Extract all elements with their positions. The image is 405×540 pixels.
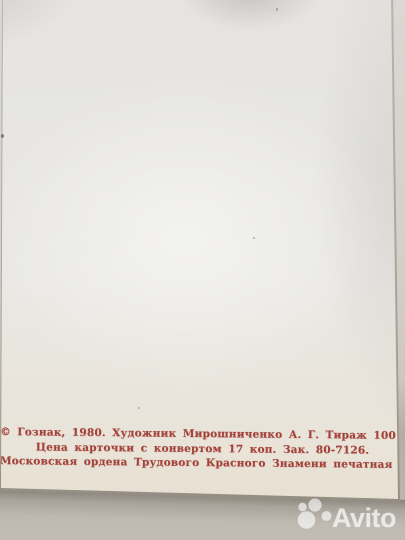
avito-logo-icon bbox=[292, 494, 332, 530]
publisher-imprint: © Гознак, 1980. Художник Мирошниченко А.… bbox=[0, 425, 405, 472]
avito-watermark: Avito bbox=[292, 494, 396, 532]
postcard-back: © Гознак, 1980. Художник Мирошниченко А.… bbox=[0, 0, 405, 540]
paper-speck bbox=[253, 237, 255, 239]
paper-speck bbox=[1, 134, 4, 138]
avito-wordmark: Avito bbox=[332, 505, 396, 532]
paper-speck bbox=[138, 407, 140, 409]
photo-frame: © Гознак, 1980. Художник Мирошниченко А.… bbox=[0, 0, 405, 540]
paper-speck bbox=[276, 8, 278, 11]
imprint-line-factory: Московская ордена Трудового Красного Зна… bbox=[0, 454, 405, 472]
